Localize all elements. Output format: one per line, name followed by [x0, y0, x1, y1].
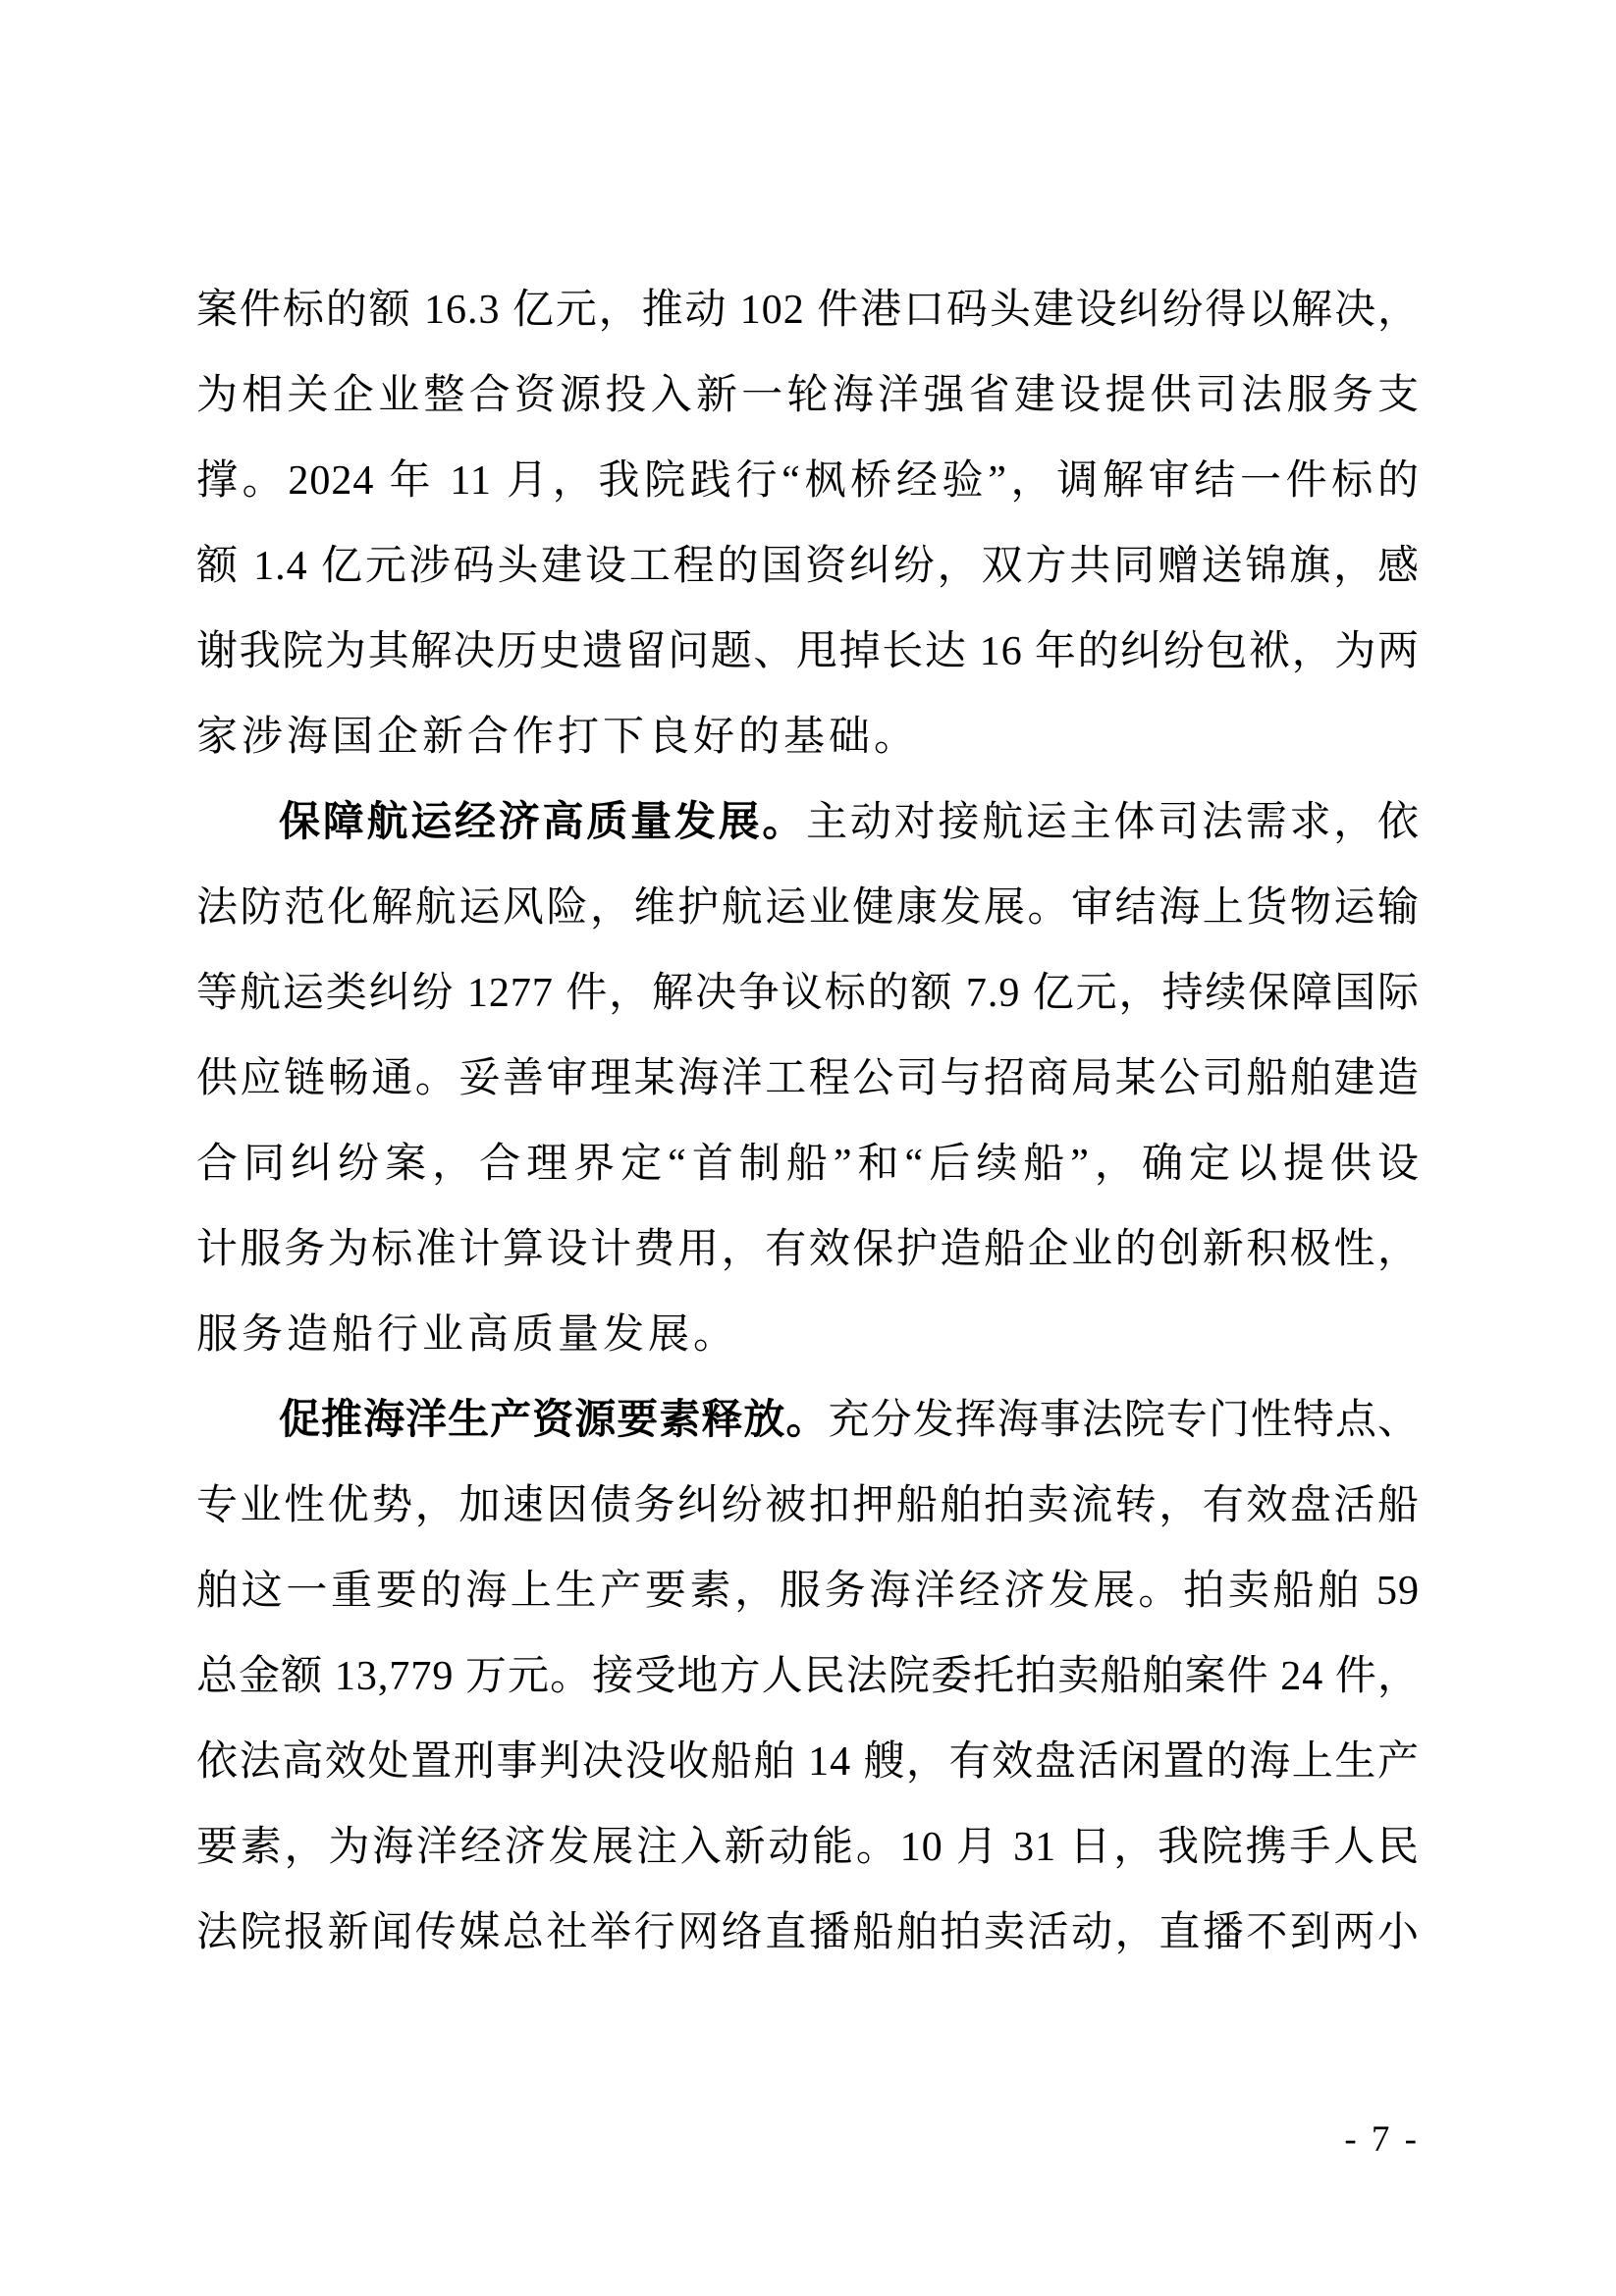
text-run: 法院报新闻传媒总社举行网络直播船舶拍卖活动，直播不到两小 [196, 1910, 1420, 1955]
text-run: 额 1.4 亿元涉码头建设工程的国资纠纷，双方共同赠送锦旗，感 [196, 544, 1420, 589]
text-run: 总金额 13,779 万元。接受地方人民法院委托拍卖船舶案件 24 件， [196, 1654, 1420, 1699]
text-line: 计服务为标准计算设计费用，有效保护造船企业的创新积极性， [196, 1207, 1420, 1293]
text-line: 服务造船行业高质量发展。 [196, 1293, 1420, 1378]
text-line: 法院报新闻传媒总社举行网络直播船舶拍卖活动，直播不到两小 [196, 1891, 1420, 1976]
text-line: 谢我院为其解决历史遗留问题、甩掉长达 16 年的纠纷包袱，为两 [196, 610, 1420, 695]
text-run: 计服务为标准计算设计费用，有效保护造船企业的创新积极性， [196, 1227, 1420, 1272]
text-run: 主动对接航运主体司法需求，依 [806, 800, 1420, 845]
text-line: 舶这一重要的海上生产要素，服务海洋经济发展。拍卖船舶 59 艘， [196, 1549, 1420, 1634]
text-run: 等航运类纠纷 1277 件，解决争议标的额 7.9 亿元，持续保障国际 [196, 971, 1420, 1016]
text-line: 为相关企业整合资源投入新一轮海洋强省建设提供司法服务支 [196, 353, 1420, 439]
text-line: 家涉海国企新合作打下良好的基础。 [196, 695, 1420, 780]
text-line: 要素，为海洋经济发展注入新动能。10 月 31 日，我院携手人民 [196, 1805, 1420, 1891]
text-run: 专业性优势，加速因债务纠纷被扣押船舶拍卖流转，有效盘活船 [196, 1483, 1420, 1528]
text-line: 等航运类纠纷 1277 件，解决争议标的额 7.9 亿元，持续保障国际 [196, 951, 1420, 1037]
text-run: 依法高效处置刑事判决没收船舶 14 艘，有效盘活闲置的海上生产 [196, 1739, 1420, 1785]
text-run: 家涉海国企新合作打下良好的基础。 [196, 715, 919, 760]
bold-heading-run: 促推海洋生产资源要素释放。 [279, 1398, 829, 1443]
text-line: 专业性优势，加速因债务纠纷被扣押船舶拍卖流转，有效盘活船 [196, 1464, 1420, 1549]
text-run: 合同纠纷案，合理界定“首制船”和“后续船”，确定以提供设 [196, 1142, 1420, 1187]
page-footer: - 7 - [1344, 2118, 1420, 2162]
paragraph-marine-production-resources: 促推海洋生产资源要素释放。充分发挥海事法院专门性特点、专业性优势，加速因债务纠纷… [196, 1378, 1420, 1976]
text-run: 供应链畅通。妥善审理某海洋工程公司与招商局某公司船舶建造 [196, 1056, 1420, 1101]
document-page: 案件标的额 16.3 亿元，推动 102 件港口码头建设纠纷得以解决，为相关企业… [0, 0, 1616, 2296]
text-line: 总金额 13,779 万元。接受地方人民法院委托拍卖船舶案件 24 件， [196, 1634, 1420, 1720]
bold-heading-run: 保障航运经济高质量发展。 [279, 800, 806, 845]
text-run: 为相关企业整合资源投入新一轮海洋强省建设提供司法服务支 [196, 373, 1420, 418]
text-line: 保障航运经济高质量发展。主动对接航运主体司法需求，依 [196, 780, 1420, 866]
text-run: 谢我院为其解决历史遗留问题、甩掉长达 16 年的纠纷包袱，为两 [196, 629, 1420, 674]
paragraph-shipping-economy: 保障航运经济高质量发展。主动对接航运主体司法需求，依法防范化解航运风险，维护航运… [196, 780, 1420, 1378]
text-run: 撑。2024 年 11 月，我院践行“枫桥经验”，调解审结一件标的 [196, 458, 1420, 504]
document-body: 案件标的额 16.3 亿元，推动 102 件港口码头建设纠纷得以解决，为相关企业… [196, 268, 1420, 1976]
text-line: 撑。2024 年 11 月，我院践行“枫桥经验”，调解审结一件标的 [196, 439, 1420, 524]
text-line: 供应链畅通。妥善审理某海洋工程公司与招商局某公司船舶建造 [196, 1037, 1420, 1122]
footer-page-number: - 7 - [1344, 2119, 1420, 2160]
paragraph-port-disputes: 案件标的额 16.3 亿元，推动 102 件港口码头建设纠纷得以解决，为相关企业… [196, 268, 1420, 780]
text-run: 服务造船行业高质量发展。 [196, 1312, 738, 1358]
text-run: 案件标的额 16.3 亿元，推动 102 件港口码头建设纠纷得以解决， [196, 288, 1420, 333]
text-line: 案件标的额 16.3 亿元，推动 102 件港口码头建设纠纷得以解决， [196, 268, 1420, 353]
text-line: 促推海洋生产资源要素释放。充分发挥海事法院专门性特点、 [196, 1378, 1420, 1464]
text-line: 合同纠纷案，合理界定“首制船”和“后续船”，确定以提供设 [196, 1122, 1420, 1207]
text-run: 充分发挥海事法院专门性特点、 [829, 1398, 1421, 1443]
text-line: 额 1.4 亿元涉码头建设工程的国资纠纷，双方共同赠送锦旗，感 [196, 524, 1420, 610]
text-run: 舶这一重要的海上生产要素，服务海洋经济发展。拍卖船舶 59 艘， [196, 1569, 1420, 1634]
text-run: 法防范化解航运风险，维护航运业健康发展。审结海上货物运输 [196, 885, 1420, 931]
text-line: 依法高效处置刑事判决没收船舶 14 艘，有效盘活闲置的海上生产 [196, 1720, 1420, 1805]
text-line: 法防范化解航运风险，维护航运业健康发展。审结海上货物运输 [196, 866, 1420, 951]
text-run: 要素，为海洋经济发展注入新动能。10 月 31 日，我院携手人民 [196, 1825, 1420, 1870]
